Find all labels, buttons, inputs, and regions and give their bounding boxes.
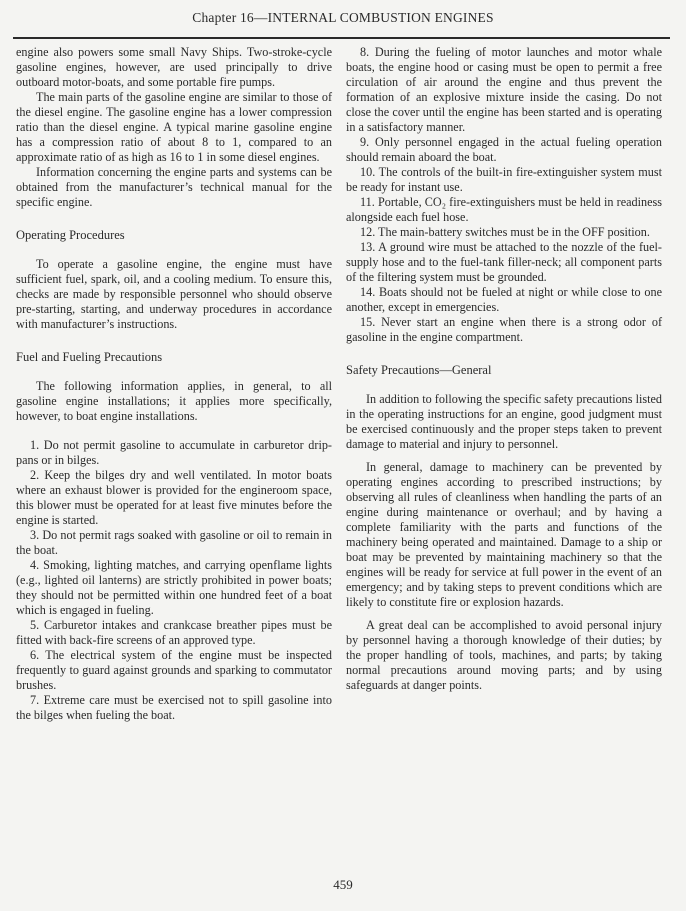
intro-paragraph: Information concerning the engine parts … xyxy=(16,165,332,210)
intro-paragraph: The main parts of the gasoline engine ar… xyxy=(16,90,332,165)
list-item: 1. Do not permit gasoline to accumulate … xyxy=(16,438,332,468)
list-item: 14. Boats should not be fueled at night … xyxy=(346,285,662,315)
list-item: 5. Carburetor intakes and crankcase brea… xyxy=(16,618,332,648)
intro-paragraph: engine also powers some small Navy Ships… xyxy=(16,45,332,90)
list-item: 4. Smoking, lighting matches, and carryi… xyxy=(16,558,332,618)
safety-paragraph: A great deal can be accomplished to avoi… xyxy=(346,618,662,693)
list-item: 6. The electrical system of the engine m… xyxy=(16,648,332,693)
list-item: 11. Portable, CO₂ fire-extinguishers mus… xyxy=(346,195,662,225)
list-item: 13. A ground wire must be attached to th… xyxy=(346,240,662,285)
safety-paragraph: In general, damage to machinery can be p… xyxy=(346,460,662,610)
header-rule xyxy=(13,37,670,39)
safety-paragraph: In addition to following the specific sa… xyxy=(346,392,662,452)
section-heading-operating-procedures: Operating Procedures xyxy=(16,228,332,243)
page-header: Chapter 16—INTERNAL COMBUSTION ENGINES xyxy=(0,10,686,26)
list-item: 9. Only personnel engaged in the actual … xyxy=(346,135,662,165)
right-column: 8. During the fueling of motor launches … xyxy=(346,45,662,693)
section-heading-fuel-precautions: Fuel and Fueling Precautions xyxy=(16,350,332,365)
list-item: 8. During the fueling of motor launches … xyxy=(346,45,662,135)
left-column: engine also powers some small Navy Ships… xyxy=(16,45,332,723)
list-item: 10. The controls of the built-in fire-ex… xyxy=(346,165,662,195)
list-item: 12. The main-battery switches must be in… xyxy=(346,225,662,240)
fuel-precautions-paragraph: The following information applies, in ge… xyxy=(16,379,332,424)
list-item: 3. Do not permit rags soaked with gasoli… xyxy=(16,528,332,558)
operating-procedures-paragraph: To operate a gasoline engine, the engine… xyxy=(16,257,332,332)
list-item: 15. Never start an engine when there is … xyxy=(346,315,662,345)
list-item: 7. Extreme care must be exercised not to… xyxy=(16,693,332,723)
section-heading-safety-general: Safety Precautions—General xyxy=(346,363,662,378)
page-number: 459 xyxy=(0,877,686,893)
list-item: 2. Keep the bilges dry and well ventilat… xyxy=(16,468,332,528)
